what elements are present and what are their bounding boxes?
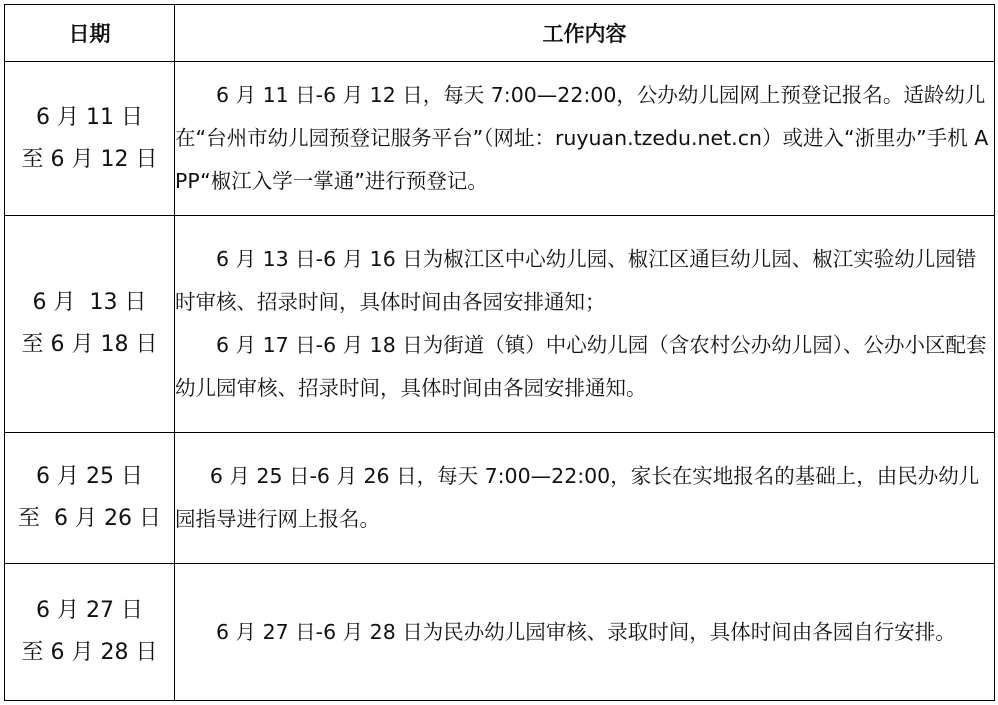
- content-cell: 6 月 13 日-6 月 16 日为椒江区中心幼儿园、椒江区通巨幼儿园、椒江实验…: [175, 216, 995, 433]
- content-paragraph: 6 月 27 日-6 月 28 日为民办幼儿园审核、录取时间，具体时间由各园自行…: [175, 611, 994, 654]
- content-paragraph: 6 月 13 日-6 月 16 日为椒江区中心幼儿园、椒江区通巨幼儿园、椒江实验…: [175, 238, 994, 324]
- date-end: 至 6 月 26 日: [5, 498, 174, 540]
- date-cell: 6 月 11 日 至 6 月 12 日: [5, 62, 175, 216]
- table-row: 6 月 11 日 至 6 月 12 日 6 月 11 日-6 月 12 日，每天…: [5, 62, 995, 216]
- table-row: 6 月 25 日 至 6 月 26 日 6 月 25 日-6 月 26 日，每天…: [5, 433, 995, 564]
- content-paragraph: 6 月 11 日-6 月 12 日，每天 7:00—22:00，公办幼儿园网上预…: [175, 74, 994, 203]
- header-work-content: 工作内容: [175, 5, 995, 62]
- date-end: 至 6 月 18 日: [5, 324, 174, 366]
- date-end: 至 6 月 12 日: [5, 139, 174, 181]
- table-row: 6 月 27 日 至 6 月 28 日 6 月 27 日-6 月 28 日为民办…: [5, 564, 995, 701]
- content-paragraph: 6 月 17 日-6 月 18 日为街道（镇）中心幼儿园（含农村公办幼儿园）、公…: [175, 324, 994, 410]
- header-date: 日期: [5, 5, 175, 62]
- content-cell: 6 月 27 日-6 月 28 日为民办幼儿园审核、录取时间，具体时间由各园自行…: [175, 564, 995, 701]
- date-start: 6 月 11 日: [5, 97, 174, 139]
- date-start: 6 月 25 日: [5, 456, 174, 498]
- table-row: 6 月 13 日 至 6 月 18 日 6 月 13 日-6 月 16 日为椒江…: [5, 216, 995, 433]
- content-cell: 6 月 11 日-6 月 12 日，每天 7:00—22:00，公办幼儿园网上预…: [175, 62, 995, 216]
- content-paragraph: 6 月 25 日-6 月 26 日，每天 7:00—22:00，家长在实地报名的…: [175, 455, 994, 541]
- date-cell: 6 月 27 日 至 6 月 28 日: [5, 564, 175, 701]
- date-start: 6 月 27 日: [5, 590, 174, 632]
- date-start: 6 月 13 日: [5, 282, 174, 324]
- date-end: 至 6 月 28 日: [5, 632, 174, 674]
- enrollment-schedule-table: 日期 工作内容 6 月 11 日 至 6 月 12 日 6 月 11 日-6 月…: [4, 4, 995, 701]
- content-cell: 6 月 25 日-6 月 26 日，每天 7:00—22:00，家长在实地报名的…: [175, 433, 995, 564]
- header-row: 日期 工作内容: [5, 5, 995, 62]
- date-cell: 6 月 13 日 至 6 月 18 日: [5, 216, 175, 433]
- date-cell: 6 月 25 日 至 6 月 26 日: [5, 433, 175, 564]
